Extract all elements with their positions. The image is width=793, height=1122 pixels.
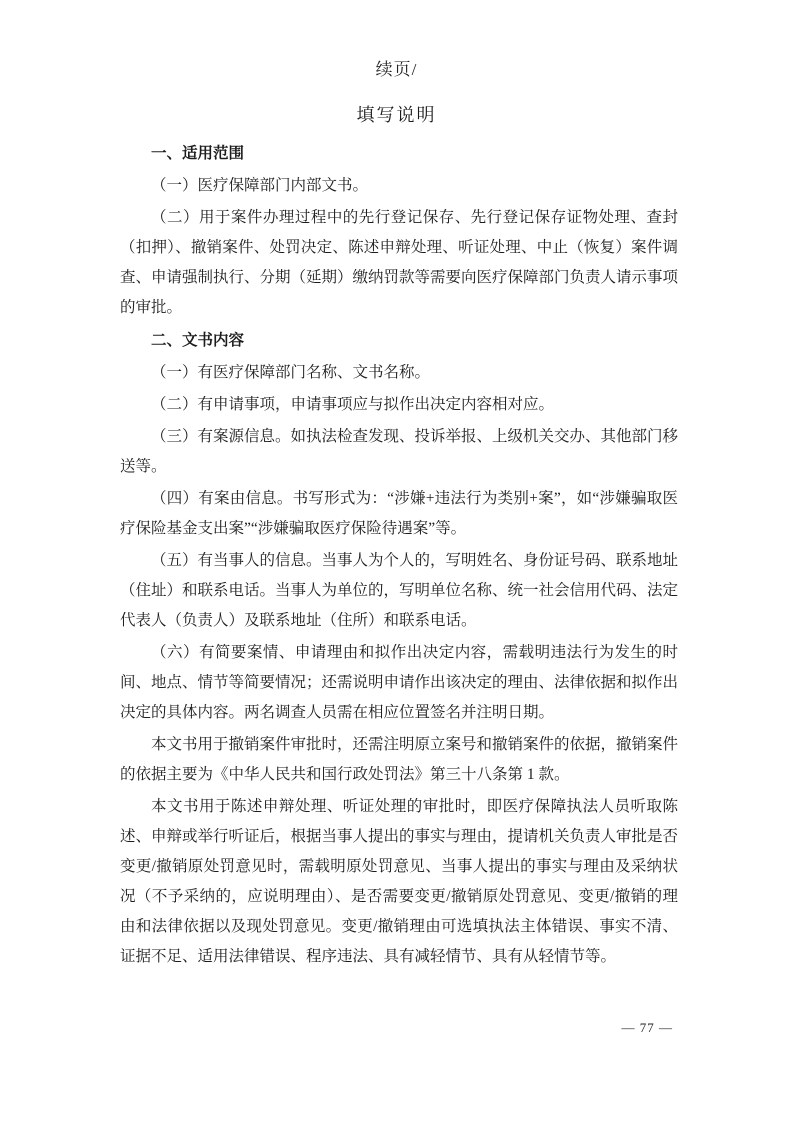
paragraph: （一）医疗保障部门内部文书。 (120, 171, 678, 201)
paragraph: （六）有简要案情、申请理由和拟作出决定内容，需载明违法行为发生的时间、地点、情节… (120, 638, 678, 728)
paragraph: （五）有当事人的信息。当事人为个人的，写明姓名、身份证号码、联系地址（住址）和联… (120, 546, 678, 636)
section-document-content: 二、文书内容 （一）有医疗保障部门名称、文书名称。 （二）有申请事项，申请事项应… (120, 326, 678, 972)
paragraph: 本文书用于陈述申辩处理、听证处理的审批时，即医疗保障执法人员听取陈述、申辩或举行… (120, 792, 678, 972)
page-number: — 77 — (622, 1020, 674, 1036)
section-applicable-scope: 一、适用范围 （一）医疗保障部门内部文书。 （二）用于案件办理过程中的先行登记保… (120, 139, 678, 323)
document-body: 一、适用范围 （一）医疗保障部门内部文书。 （二）用于案件办理过程中的先行登记保… (120, 139, 678, 972)
paragraph: （三）有案源信息。如执法检查发现、投诉举报、上级机关交办、其他部门移送等。 (120, 422, 678, 482)
section-heading: 一、适用范围 (120, 139, 678, 169)
paragraph: （四）有案由信息。书写形式为：“涉嫌+违法行为类别+案”，如“涉嫌骗取医疗保险基… (120, 484, 678, 544)
paragraph: （一）有医疗保障部门名称、文书名称。 (120, 358, 678, 388)
section-heading: 二、文书内容 (120, 326, 678, 356)
document-title: 填写说明 (0, 101, 793, 127)
document-page: 续页/ 填写说明 一、适用范围 （一）医疗保障部门内部文书。 （二）用于案件办理… (0, 0, 793, 1122)
paragraph: （二）用于案件办理过程中的先行登记保存、先行登记保存证物处理、查封（扣押）、撤销… (120, 203, 678, 323)
paragraph: 本文书用于撤销案件审批时，还需注明原立案号和撤销案件的依据，撤销案件的依据主要为… (120, 730, 678, 790)
paragraph: （二）有申请事项，申请事项应与拟作出决定内容相对应。 (120, 390, 678, 420)
continuation-label: 续页/ (0, 55, 793, 80)
